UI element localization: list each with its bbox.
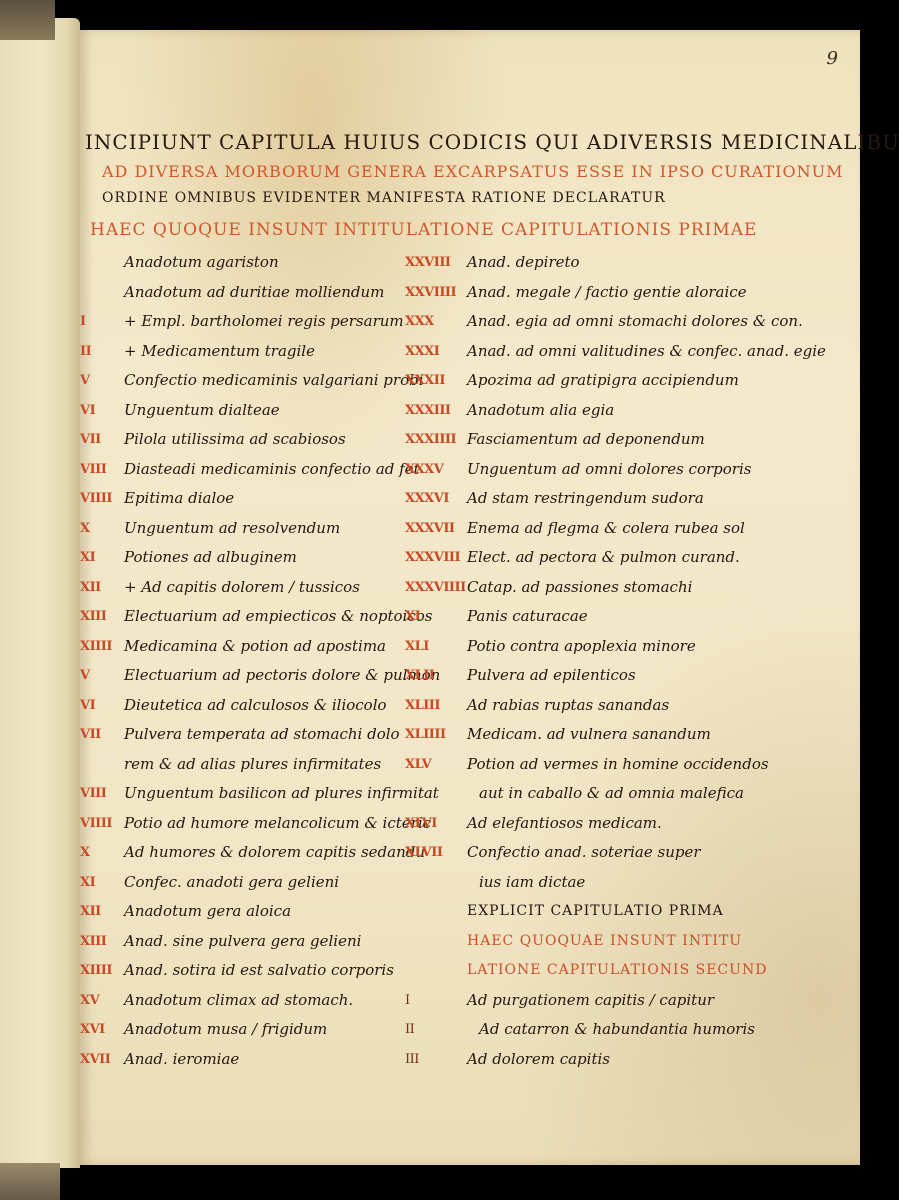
chapter-title: Ad elefantiosos medicam.	[467, 809, 662, 839]
chapter-numeral: XII	[80, 897, 124, 927]
chapter-entry: VConfectio medicaminis valgariani probi	[80, 366, 410, 396]
chapter-entry: XXXIIApozima ad gratipigra accipiendum	[405, 366, 825, 396]
chapter-title: Potio ad humore melancolicum & icteric	[124, 809, 431, 839]
manuscript-page: 9 Incipiunt capitula huius codicis qui a…	[80, 30, 860, 1165]
chapter-entry: XIIIIMedicamina & potion ad apostima	[80, 632, 410, 662]
chapter-entry: Haec quoquae insunt intitu	[405, 927, 825, 957]
chapter-numeral: XXXIIII	[405, 425, 467, 455]
chapter-entry: XUnguentum ad resolvendum	[80, 514, 410, 544]
chapter-numeral: X	[80, 838, 124, 868]
chapter-numeral: VIIII	[80, 809, 124, 839]
chapter-title: Confectio anad. soteriae super	[467, 838, 701, 868]
chapter-title: Confec. anadoti gera gelieni	[124, 868, 339, 898]
chapter-title: Pulvera ad epilenticos	[467, 661, 636, 691]
chapter-title: Medicamina & potion ad apostima	[124, 632, 386, 662]
chapter-title: Ad catarron & habundantia humoris	[467, 1015, 755, 1045]
chapter-entry: XAd humores & dolorem capitis sedandu	[80, 838, 410, 868]
chapter-entry: XLVPotion ad vermes in homine occidendos	[405, 750, 825, 780]
chapter-title: Potio contra apoplexia minore	[467, 632, 696, 662]
chapter-entry: XLIIIAd rabias ruptas sanandas	[405, 691, 825, 721]
chapter-entry: XXXVIIEnema ad flegma & colera rubea sol	[405, 514, 825, 544]
chapter-title: Electuarium ad empiecticos & noptoicos	[124, 602, 433, 632]
chapter-title: Ad purgationem capitis / capitur	[467, 986, 714, 1016]
chapter-numeral: XI	[80, 868, 124, 898]
chapter-title: Catap. ad passiones stomachi	[467, 573, 692, 603]
folio-number: 9	[827, 48, 838, 69]
chapter-entry: XVIAnadotum musa / frigidum	[80, 1015, 410, 1045]
chapter-entry: VIIPulvera temperata ad stomachi dolo	[80, 720, 410, 750]
chapter-numeral: XIII	[80, 602, 124, 632]
chapter-entry: VIIPilola utilissima ad scabiosos	[80, 425, 410, 455]
chapter-numeral: X	[80, 514, 124, 544]
chapter-entry: VIIIUnguentum basilicon ad plures infirm…	[80, 779, 410, 809]
chapter-title: ius iam dictae	[467, 868, 585, 898]
chapter-numeral: XXXVIIII	[405, 573, 467, 603]
chapter-list-left-column: Anadotum agaristonAnadotum ad duritiae m…	[80, 248, 410, 1074]
chapter-entry: I+ Empl. bartholomei regis persarum	[80, 307, 410, 337]
chapter-title: Electuarium ad pectoris dolore & pulmon	[124, 661, 440, 691]
chapter-entry: IIIAd dolorem capitis	[405, 1045, 825, 1075]
chapter-entry: Anadotum agariston	[80, 248, 410, 278]
chapter-entry: XXXVIAd stam restringendum sudora	[405, 484, 825, 514]
chapter-entry: latione capitulationis secund	[405, 956, 825, 986]
chapter-title: Dieutetica ad calculosos & iliocolo	[124, 691, 387, 721]
chapter-numeral: XXXVI	[405, 484, 467, 514]
chapter-numeral: XI	[80, 543, 124, 573]
chapter-title: Anad. sine pulvera gera gelieni	[124, 927, 361, 957]
chapter-numeral: VI	[80, 396, 124, 426]
chapter-title: Unguentum basilicon ad plures infirmitat	[124, 779, 439, 809]
chapter-title: Pulvera temperata ad stomachi dolo	[124, 720, 400, 750]
incipit-heading-line-3: ordine omnibus evidenter manifesta ratio…	[102, 190, 842, 206]
chapter-entry: VIDieutetica ad calculosos & iliocolo	[80, 691, 410, 721]
chapter-numeral: XLIIII	[405, 720, 467, 750]
previous-leaf-edge	[0, 18, 80, 1168]
chapter-numeral: III	[405, 1045, 467, 1075]
chapter-numeral: XXX	[405, 307, 467, 337]
chapter-entry: XXXVIIIElect. ad pectora & pulmon curand…	[405, 543, 825, 573]
chapter-entry: XIIAnadotum gera aloica	[80, 897, 410, 927]
chapter-numeral: VI	[80, 691, 124, 721]
chapter-numeral: XIIII	[80, 632, 124, 662]
chapter-entry: XXXVUnguentum ad omni dolores corporis	[405, 455, 825, 485]
chapter-numeral: I	[80, 307, 124, 337]
chapter-title: Ad rabias ruptas sanandas	[467, 691, 669, 721]
chapter-title: latione capitulationis secund	[467, 956, 767, 986]
chapter-title: Haec quoquae insunt intitu	[467, 927, 742, 957]
chapter-title: Pilola utilissima ad scabiosos	[124, 425, 346, 455]
chapter-entry: XLIPotio contra apoplexia minore	[405, 632, 825, 662]
chapter-numeral: XII	[80, 573, 124, 603]
chapter-entry: XIIIAnad. sine pulvera gera gelieni	[80, 927, 410, 957]
chapter-numeral: VIII	[80, 779, 124, 809]
chapter-title: Anad. megale / factio gentie aloraice	[467, 278, 747, 308]
chapter-numeral: XLVII	[405, 838, 467, 868]
chapter-title: + Empl. bartholomei regis persarum	[124, 307, 404, 337]
chapter-numeral: V	[80, 661, 124, 691]
chapter-entry: XII+ Ad capitis dolorem / tussicos	[80, 573, 410, 603]
chapter-entry: XVAnadotum climax ad stomach.	[80, 986, 410, 1016]
chapter-list-right-column: XXVIIIAnad. depiretoXXVIIIIAnad. megale …	[405, 248, 825, 1074]
chapter-title: Potion ad vermes in homine occidendos	[467, 750, 769, 780]
chapter-entry: XXXIIIIFasciamentum ad deponendum	[405, 425, 825, 455]
chapter-numeral: XXVIIII	[405, 278, 467, 308]
chapter-title: Apozima ad gratipigra accipiendum	[467, 366, 739, 396]
chapter-entry: VIUnguentum dialteae	[80, 396, 410, 426]
chapter-numeral: XXXII	[405, 366, 467, 396]
chapter-entry: XIIIElectuarium ad empiecticos & noptoic…	[80, 602, 410, 632]
chapter-numeral: XVII	[80, 1045, 124, 1075]
chapter-numeral: XXVIII	[405, 248, 467, 278]
chapter-title: Anadotum musa / frigidum	[124, 1015, 327, 1045]
chapter-entry: Anadotum ad duritiae molliendum	[80, 278, 410, 308]
chapter-entry: XXXVIIIICatap. ad passiones stomachi	[405, 573, 825, 603]
chapter-title: Anadotum agariston	[124, 248, 279, 278]
chapter-entry: XXVIIIAnad. depireto	[405, 248, 825, 278]
incipit-heading-line-1: Incipiunt capitula huius codicis qui adi…	[85, 130, 825, 154]
chapter-entry: XVIIAnad. ieromiae	[80, 1045, 410, 1075]
chapter-numeral: II	[80, 337, 124, 367]
chapter-title: Unguentum ad omni dolores corporis	[467, 455, 751, 485]
chapter-numeral: XVI	[80, 1015, 124, 1045]
chapter-entry: VIIIIEpitima dialoe	[80, 484, 410, 514]
chapter-numeral: XXXVIII	[405, 543, 467, 573]
chapter-entry: VElectuarium ad pectoris dolore & pulmon	[80, 661, 410, 691]
chapter-title: Anadotum ad duritiae molliendum	[124, 278, 384, 308]
chapter-numeral: V	[80, 366, 124, 396]
chapter-entry: XXXIIIAnadotum alia egia	[405, 396, 825, 426]
binding-bottom	[0, 1163, 60, 1200]
chapter-numeral: XXXVII	[405, 514, 467, 544]
chapter-numeral: I	[405, 986, 467, 1016]
chapter-title: Panis caturacae	[467, 602, 588, 632]
chapter-entry: IAd purgationem capitis / capitur	[405, 986, 825, 1016]
chapter-entry: XLPanis caturacae	[405, 602, 825, 632]
chapter-numeral: VIIII	[80, 484, 124, 514]
chapter-numeral: XLI	[405, 632, 467, 662]
chapter-title: rem & ad alias plures infirmitates	[124, 750, 381, 780]
chapter-title: Ad stam restringendum sudora	[467, 484, 704, 514]
chapter-title: Enema ad flegma & colera rubea sol	[467, 514, 745, 544]
chapter-entry: XXVIIIIAnad. megale / factio gentie alor…	[405, 278, 825, 308]
chapter-entry: XIIIIAnad. sotira id est salvatio corpor…	[80, 956, 410, 986]
chapter-numeral: XXXIII	[405, 396, 467, 426]
chapter-title: Anadotum gera aloica	[124, 897, 291, 927]
chapter-entry: XLIIIIMedicam. ad vulnera sanandum	[405, 720, 825, 750]
chapter-entry: XLVIIConfectio anad. soteriae super	[405, 838, 825, 868]
chapter-entry: II+ Medicamentum tragile	[80, 337, 410, 367]
chapter-numeral: VII	[80, 720, 124, 750]
chapter-title: Epitima dialoe	[124, 484, 234, 514]
chapter-entry: XLVIAd elefantiosos medicam.	[405, 809, 825, 839]
chapter-title: Unguentum dialteae	[124, 396, 280, 426]
chapter-numeral: XXXV	[405, 455, 467, 485]
chapter-entry: XXXIAnad. ad omni valitudines & confec. …	[405, 337, 825, 367]
chapter-title: Medicam. ad vulnera sanandum	[467, 720, 711, 750]
chapter-entry: VIIIIPotio ad humore melancolicum & icte…	[80, 809, 410, 839]
chapter-entry: IIAd catarron & habundantia humoris	[405, 1015, 825, 1045]
chapter-numeral: XLII	[405, 661, 467, 691]
chapter-numeral: XIII	[80, 927, 124, 957]
chapter-title: Potiones ad albuginem	[124, 543, 297, 573]
chapter-title: Anadotum alia egia	[467, 396, 614, 426]
chapter-title: Confectio medicaminis valgariani probi	[124, 366, 424, 396]
chapter-title: Anadotum climax ad stomach.	[124, 986, 353, 1016]
chapter-numeral: XLVI	[405, 809, 467, 839]
chapter-entry: VIIIDiasteadi medicaminis confectio ad f…	[80, 455, 410, 485]
chapter-title: Elect. ad pectora & pulmon curand.	[467, 543, 740, 573]
chapter-entry: XLIIPulvera ad epilenticos	[405, 661, 825, 691]
chapter-entry: XIConfec. anadoti gera gelieni	[80, 868, 410, 898]
chapter-title: Diasteadi medicaminis confectio ad fet	[124, 455, 420, 485]
chapter-title: + Medicamentum tragile	[124, 337, 315, 367]
chapter-numeral: XLV	[405, 750, 467, 780]
chapter-numeral: II	[405, 1015, 467, 1045]
incipit-heading-line-2: ad diversa morborum genera excarpsatus e…	[102, 162, 842, 181]
chapter-numeral: XIIII	[80, 956, 124, 986]
chapter-numeral: XV	[80, 986, 124, 1016]
rubric-heading-prima: Haec quoque insunt intitulatione capitul…	[90, 220, 830, 240]
chapter-title: Anad. ad omni valitudines & confec. anad…	[467, 337, 826, 367]
chapter-title: Unguentum ad resolvendum	[124, 514, 340, 544]
chapter-title: Anad. sotira id est salvatio corporis	[124, 956, 394, 986]
chapter-entry: rem & ad alias plures infirmitates	[80, 750, 410, 780]
chapter-entry: XXXAnad. egia ad omni stomachi dolores &…	[405, 307, 825, 337]
chapter-title: Ad dolorem capitis	[467, 1045, 610, 1075]
chapter-entry: Explicit capitulatio prima	[405, 897, 825, 927]
chapter-title: Anad. egia ad omni stomachi dolores & co…	[467, 307, 803, 337]
chapter-numeral: VIII	[80, 455, 124, 485]
binding-top	[0, 0, 55, 40]
chapter-numeral: XLIII	[405, 691, 467, 721]
chapter-title: Anad. depireto	[467, 248, 580, 278]
chapter-title: Explicit capitulatio prima	[467, 897, 724, 927]
chapter-numeral: XL	[405, 602, 467, 632]
chapter-entry: aut in caballo & ad omnia malefica	[405, 779, 825, 809]
chapter-entry: XIPotiones ad albuginem	[80, 543, 410, 573]
chapter-title: + Ad capitis dolorem / tussicos	[124, 573, 360, 603]
chapter-entry: ius iam dictae	[405, 868, 825, 898]
chapter-title: Ad humores & dolorem capitis sedandu	[124, 838, 425, 868]
chapter-numeral: VII	[80, 425, 124, 455]
chapter-title: Fasciamentum ad deponendum	[467, 425, 705, 455]
chapter-title: aut in caballo & ad omnia malefica	[467, 779, 744, 809]
chapter-title: Anad. ieromiae	[124, 1045, 239, 1075]
chapter-numeral: XXXI	[405, 337, 467, 367]
